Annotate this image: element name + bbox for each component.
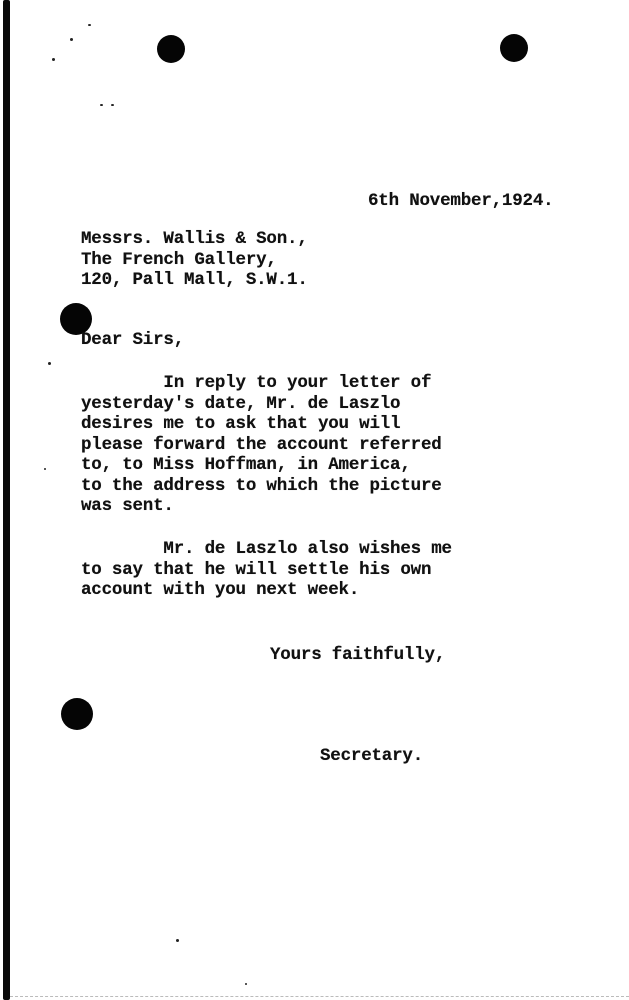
punch-hole bbox=[61, 698, 93, 730]
scan-speck bbox=[52, 58, 55, 61]
scan-speck bbox=[111, 104, 114, 106]
body-paragraph-1: In reply to your letter ofyesterday's da… bbox=[81, 373, 442, 517]
punch-hole bbox=[500, 34, 528, 62]
body-line: Mr. de Laszlo also wishes me bbox=[81, 539, 452, 560]
address-line: The French Gallery, bbox=[81, 250, 308, 271]
scan-speck bbox=[48, 362, 51, 365]
page-bottom-edge bbox=[10, 996, 629, 998]
scan-speck bbox=[176, 939, 179, 942]
address-line: Messrs. Wallis & Son., bbox=[81, 229, 308, 250]
letter-page: 6th November,1924. Messrs. Wallis & Son.… bbox=[0, 0, 629, 1000]
body-line: account with you next week. bbox=[81, 580, 452, 601]
body-line: was sent. bbox=[81, 496, 442, 517]
punch-hole bbox=[157, 35, 185, 63]
body-line: to, to Miss Hoffman, in America, bbox=[81, 455, 442, 476]
scan-speck bbox=[245, 983, 247, 985]
body-line: desires me to ask that you will bbox=[81, 414, 442, 435]
body-line: to the address to which the picture bbox=[81, 476, 442, 497]
page-edge-shadow bbox=[3, 0, 10, 1000]
body-line: yesterday's date, Mr. de Laszlo bbox=[81, 394, 442, 415]
body-line: to say that he will settle his own bbox=[81, 560, 452, 581]
salutation: Dear Sirs, bbox=[81, 330, 184, 351]
body-line: In reply to your letter of bbox=[81, 373, 442, 394]
scan-speck bbox=[88, 24, 91, 26]
scan-speck bbox=[44, 468, 46, 470]
recipient-address: Messrs. Wallis & Son.,The French Gallery… bbox=[81, 229, 308, 291]
body-paragraph-2: Mr. de Laszlo also wishes meto say that … bbox=[81, 539, 452, 601]
body-line: please forward the account referred bbox=[81, 435, 442, 456]
letter-date: 6th November,1924. bbox=[368, 191, 553, 212]
scan-speck bbox=[70, 38, 73, 41]
scan-speck bbox=[100, 104, 103, 106]
signature: Secretary. bbox=[320, 746, 423, 767]
address-line: 120, Pall Mall, S.W.1. bbox=[81, 270, 308, 291]
closing: Yours faithfully, bbox=[270, 645, 445, 666]
